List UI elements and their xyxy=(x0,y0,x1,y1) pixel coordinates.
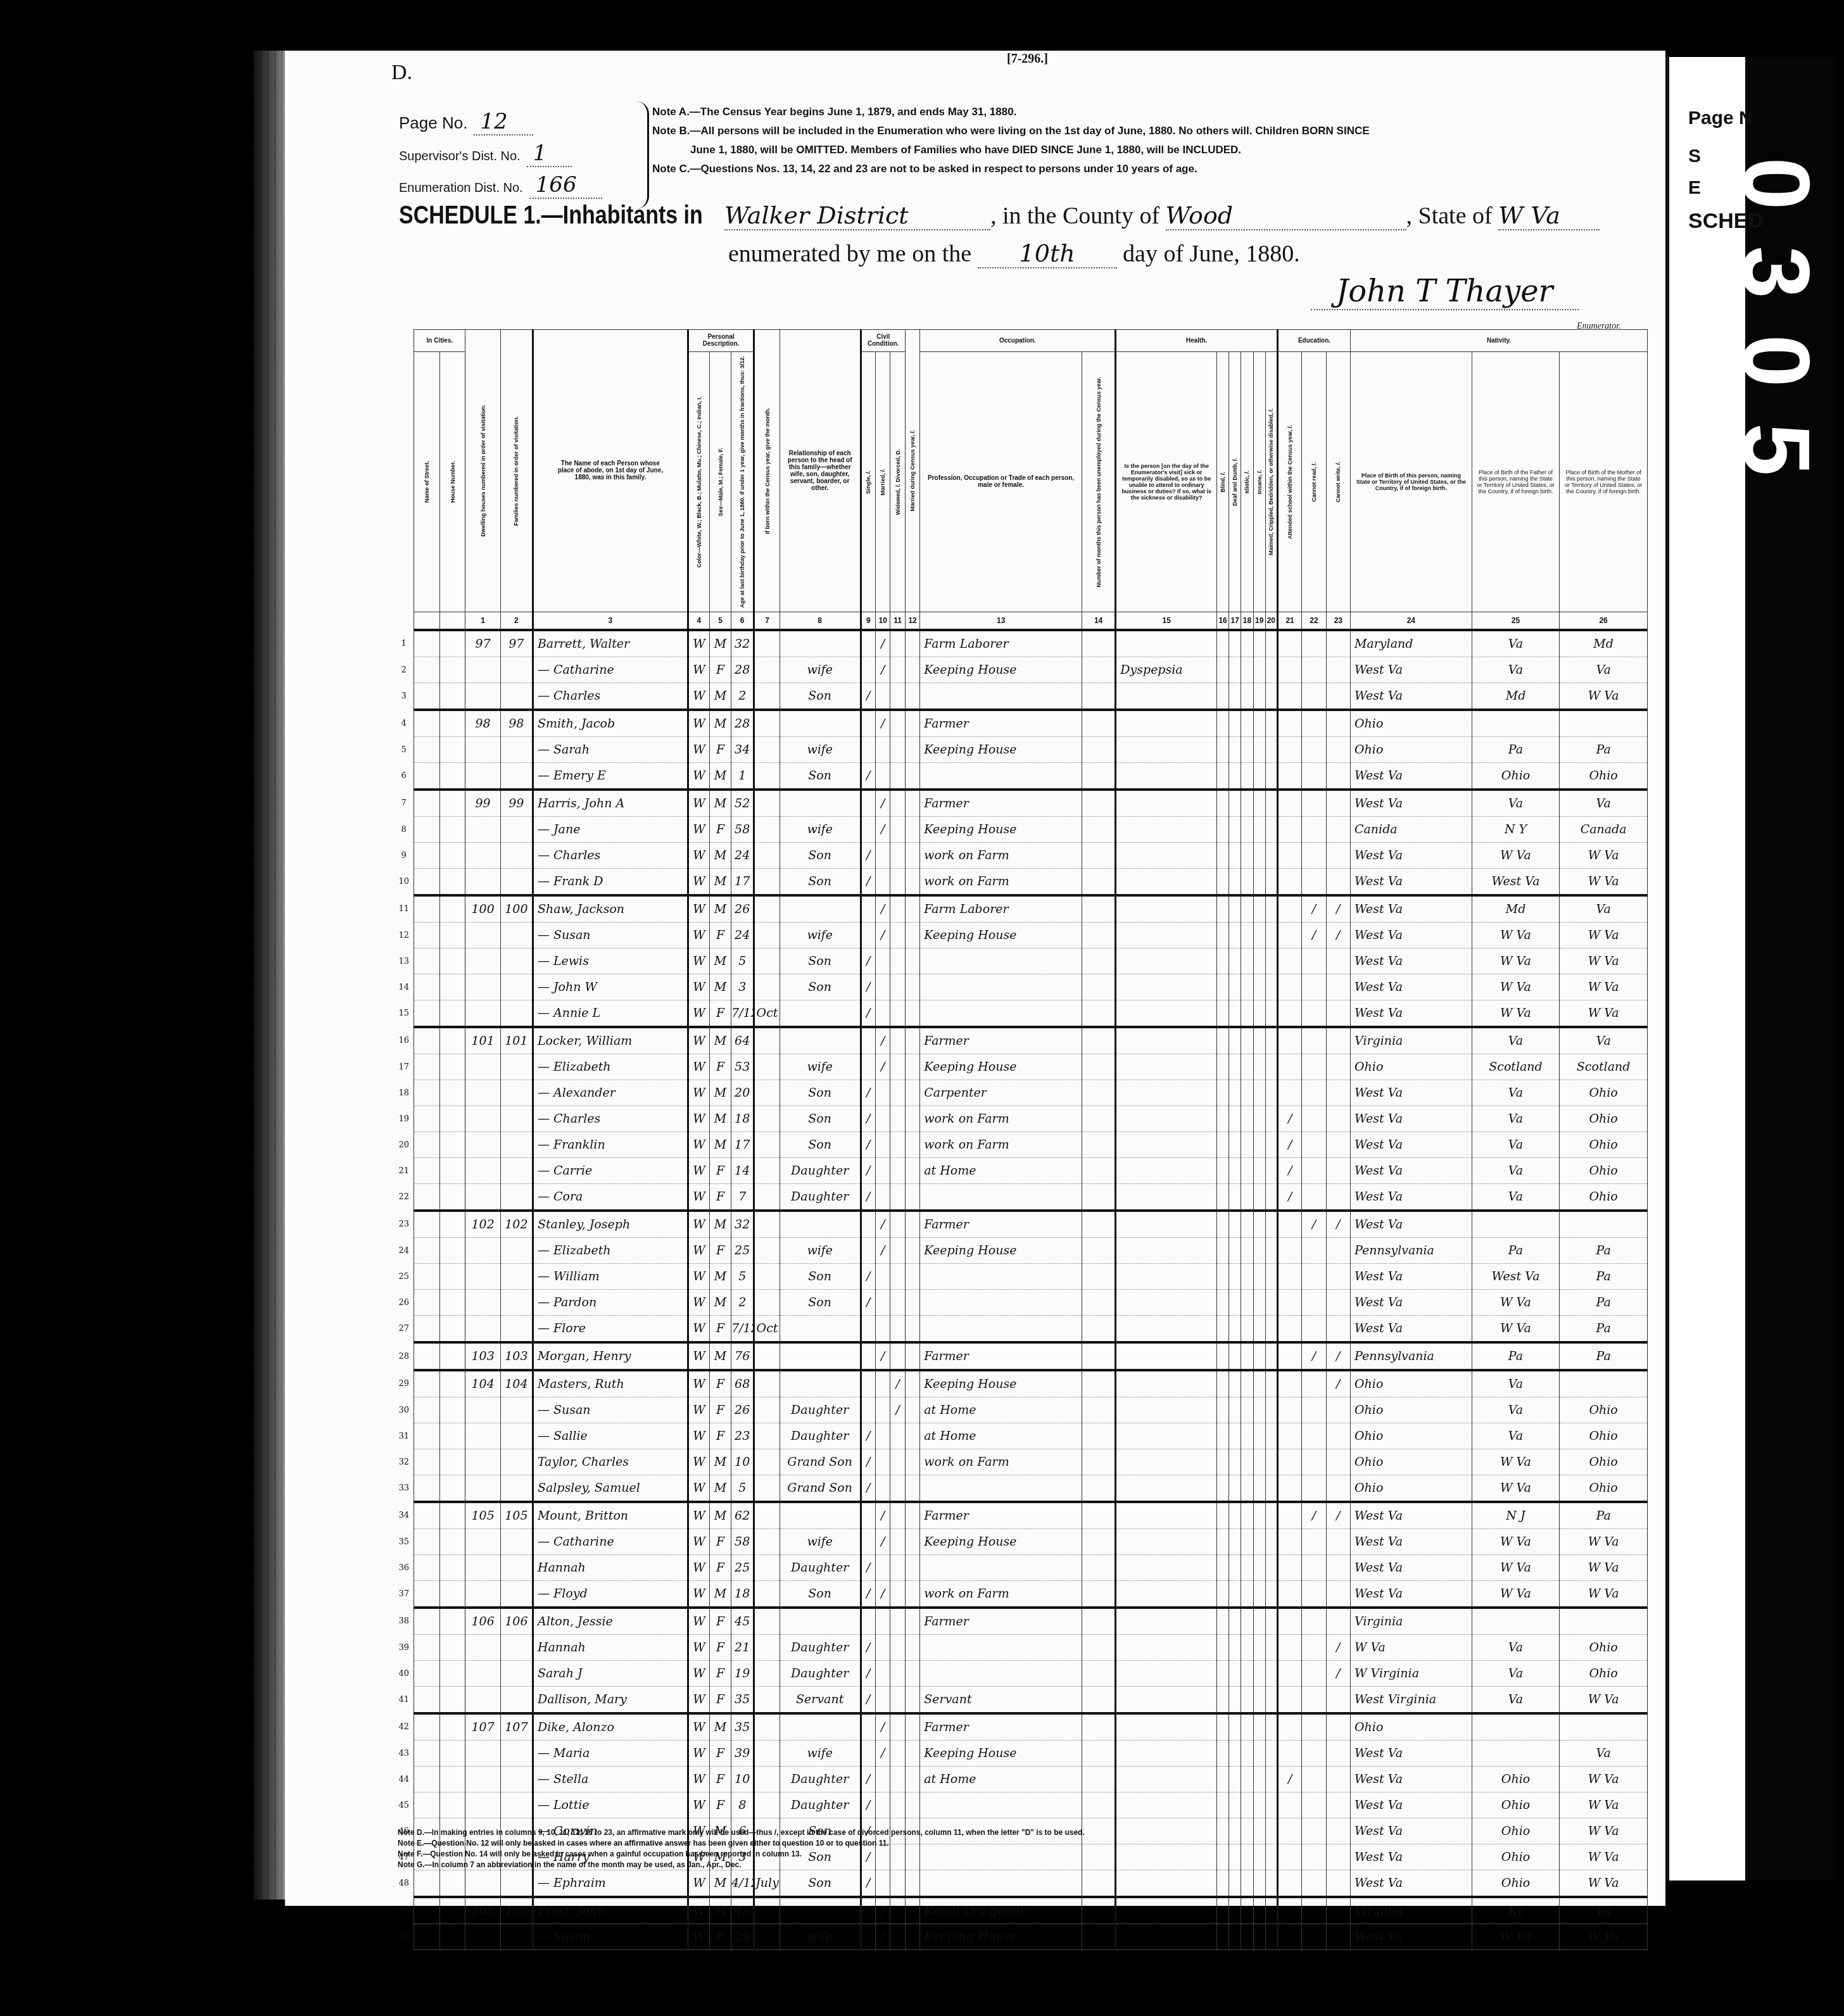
birthplace: Ohio xyxy=(1351,737,1472,763)
married-year-mark xyxy=(905,1027,919,1054)
age: 58 xyxy=(731,1529,754,1555)
single-mark xyxy=(861,817,875,843)
person-name: Dallison, Mary xyxy=(533,1687,688,1714)
cannot-write-mark xyxy=(1326,1897,1350,1924)
house-cell xyxy=(439,1635,465,1661)
cannot-write-mark xyxy=(1326,948,1350,974)
sex: M xyxy=(710,1211,731,1238)
married-year-mark xyxy=(905,1608,919,1635)
birth-month xyxy=(754,1080,780,1106)
line-number: 13 xyxy=(394,948,414,974)
sex: M xyxy=(710,974,731,1000)
empty-cell xyxy=(1241,1000,1253,1028)
cannot-write-mark xyxy=(1326,683,1350,710)
street-cell xyxy=(414,1132,439,1158)
empty-cell xyxy=(1229,1502,1241,1529)
father-birthplace: Pa xyxy=(1472,1342,1559,1370)
sex: F xyxy=(710,1397,731,1423)
dwelling-number xyxy=(465,1661,500,1687)
single-mark xyxy=(861,1370,875,1397)
sex: M xyxy=(710,1870,731,1898)
line-number: 41 xyxy=(394,1687,414,1714)
empty-cell xyxy=(1217,1000,1229,1028)
married-year-mark xyxy=(905,1132,919,1158)
street-cell xyxy=(414,843,439,869)
married-mark xyxy=(876,1132,890,1158)
married-mark: / xyxy=(876,630,890,657)
sickness xyxy=(1116,630,1217,657)
birthplace: Ohio xyxy=(1351,1475,1472,1503)
empty-cell xyxy=(1253,1661,1265,1687)
single-mark xyxy=(861,1211,875,1238)
street-cell xyxy=(414,1581,439,1608)
empty-cell xyxy=(1217,974,1229,1000)
sex: M xyxy=(710,683,731,710)
birth-month xyxy=(754,1054,780,1080)
dwelling-number: 105 xyxy=(465,1502,500,1529)
empty-cell xyxy=(1217,948,1229,974)
col-num: 7 xyxy=(754,612,780,631)
sickness xyxy=(1116,1158,1217,1184)
color: W xyxy=(688,1713,709,1741)
empty-cell xyxy=(1241,1184,1253,1211)
mother-birthplace: Va xyxy=(1560,1741,1648,1767)
empty-cell xyxy=(1241,1211,1253,1238)
empty-cell xyxy=(1253,1132,1265,1158)
widowed-mark xyxy=(890,763,905,790)
mother-birthplace: Ohio xyxy=(1560,1132,1648,1158)
father-birthplace: West Va xyxy=(1472,869,1559,896)
sex: M xyxy=(710,869,731,896)
attended-school-mark xyxy=(1277,1608,1301,1635)
empty-cell xyxy=(1253,1475,1265,1503)
age: 1 xyxy=(731,763,754,790)
empty-cell xyxy=(1217,1290,1229,1316)
birth-month xyxy=(754,1370,780,1397)
birthplace: West Va xyxy=(1351,1080,1472,1106)
birth-month xyxy=(754,1635,780,1661)
cannot-write-mark xyxy=(1326,1423,1350,1449)
color: W xyxy=(688,1000,709,1028)
empty-cell xyxy=(1217,1475,1229,1503)
house-cell xyxy=(439,843,465,869)
empty-cell xyxy=(1229,1027,1241,1054)
street-cell xyxy=(414,1238,439,1264)
empty-cell xyxy=(1265,1687,1277,1714)
cannot-read-mark xyxy=(1302,974,1326,1000)
empty-cell xyxy=(1253,1608,1265,1635)
empty-cell xyxy=(1241,790,1253,817)
single-mark xyxy=(861,1924,875,1950)
birthplace: West Va xyxy=(1351,1132,1472,1158)
months-unemployed xyxy=(1082,974,1115,1000)
age: 7/12 xyxy=(731,1316,754,1343)
married-year-mark xyxy=(905,817,919,843)
sex: M xyxy=(710,1581,731,1608)
table-row: 23 102 102 Stanley, Joseph W M 32 / Farm… xyxy=(394,1211,1648,1238)
empty-cell xyxy=(1253,1449,1265,1475)
occupation xyxy=(920,948,1082,974)
widowed-mark xyxy=(890,895,905,923)
col-num: 26 xyxy=(1560,612,1648,631)
empty-cell xyxy=(1229,1792,1241,1818)
single-mark: / xyxy=(861,1080,875,1106)
relationship xyxy=(780,710,861,737)
occupation: Keeping House xyxy=(920,1529,1082,1555)
sex: F xyxy=(710,1054,731,1080)
col-school-header: Attended school within the Census year, … xyxy=(1287,421,1293,543)
relationship xyxy=(780,1897,861,1924)
sickness xyxy=(1116,1897,1217,1924)
attended-school-mark xyxy=(1277,1290,1301,1316)
line-number: 11 xyxy=(394,895,414,923)
widowed-mark xyxy=(890,948,905,974)
widowed-mark xyxy=(890,1449,905,1475)
sickness xyxy=(1116,895,1217,923)
empty-cell xyxy=(1217,1713,1229,1741)
dwelling-number: 108 xyxy=(465,1897,500,1924)
occupation: Carpenter xyxy=(920,1080,1082,1106)
color: W xyxy=(688,1027,709,1054)
empty-cell xyxy=(1265,1423,1277,1449)
table-row: 18 — Alexander W M 20 Son / Carpenter We… xyxy=(394,1080,1648,1106)
col-num: 17 xyxy=(1229,612,1241,631)
empty-cell xyxy=(1265,710,1277,737)
table-row: 37 — Floyd W M 18 Son / / work on Farm W… xyxy=(394,1581,1648,1608)
line-number: 39 xyxy=(394,1635,414,1661)
mother-birthplace: Pa xyxy=(1560,1502,1648,1529)
cannot-write-mark xyxy=(1326,790,1350,817)
line-number: 4 xyxy=(394,710,414,737)
empty-cell xyxy=(1265,1342,1277,1370)
relationship xyxy=(780,1502,861,1529)
line-number: 37 xyxy=(394,1581,414,1608)
sickness xyxy=(1116,790,1217,817)
sickness xyxy=(1116,843,1217,869)
empty-cell xyxy=(1217,1132,1229,1158)
note-a: Note A.—The Census Year begins June 1, 1… xyxy=(652,103,1602,122)
cannot-read-mark xyxy=(1302,1924,1326,1950)
person-name: Stanley, Joseph xyxy=(533,1211,688,1238)
father-birthplace: Va xyxy=(1472,1661,1559,1687)
empty-cell xyxy=(1253,657,1265,683)
occupation xyxy=(920,1000,1082,1028)
father-birthplace: N Y xyxy=(1472,817,1559,843)
birthplace: West Virginia xyxy=(1351,1687,1472,1714)
line-number: 16 xyxy=(394,1027,414,1054)
empty-cell xyxy=(1217,1635,1229,1661)
cannot-read-mark xyxy=(1302,1290,1326,1316)
sex: F xyxy=(710,817,731,843)
married-mark xyxy=(876,1000,890,1028)
street-cell xyxy=(414,1767,439,1792)
col-num: 12 xyxy=(905,612,919,631)
occupation xyxy=(920,1264,1082,1290)
age: 26 xyxy=(731,1397,754,1423)
married-year-mark xyxy=(905,763,919,790)
birthplace: Maryland xyxy=(1351,630,1472,657)
house-cell xyxy=(439,895,465,923)
sickness xyxy=(1116,1924,1217,1950)
attended-school-mark xyxy=(1277,1342,1301,1370)
cannot-read-mark: / xyxy=(1302,1211,1326,1238)
sickness xyxy=(1116,710,1217,737)
married-year-mark xyxy=(905,1106,919,1132)
age: 7 xyxy=(731,1184,754,1211)
street-cell xyxy=(414,1370,439,1397)
dwelling-number: 99 xyxy=(465,790,500,817)
mother-birthplace: W Va xyxy=(1560,974,1648,1000)
married-year-mark xyxy=(905,1211,919,1238)
sex: M xyxy=(710,763,731,790)
months-unemployed xyxy=(1082,1264,1115,1290)
table-row: 12 — Susan W F 24 wife / Keeping House /… xyxy=(394,923,1648,948)
attended-school-mark xyxy=(1277,1713,1301,1741)
person-name: — Maria xyxy=(533,1741,688,1767)
person-name: Smith, Jacob xyxy=(533,710,688,737)
house-cell xyxy=(439,1792,465,1818)
house-cell xyxy=(439,1741,465,1767)
empty-cell xyxy=(1265,1713,1277,1741)
empty-cell xyxy=(1241,1924,1253,1950)
single-mark: / xyxy=(861,1000,875,1028)
mother-birthplace xyxy=(1560,1211,1648,1238)
table-row: 39 Hannah W F 21 Daughter / / W Va Va Oh… xyxy=(394,1635,1648,1661)
single-mark xyxy=(861,1529,875,1555)
family-number xyxy=(500,1316,533,1343)
table-row: 25 — William W M 5 Son / West Va West Va… xyxy=(394,1264,1648,1290)
cannot-write-mark xyxy=(1326,657,1350,683)
person-name: — Frank D xyxy=(533,869,688,896)
age: 10 xyxy=(731,1767,754,1792)
table-row: 16 101 101 Locker, William W M 64 / Farm… xyxy=(394,1027,1648,1054)
single-mark: / xyxy=(861,1661,875,1687)
supervisor-label: Supervisor's Dist. No. xyxy=(399,149,521,163)
cannot-write-mark xyxy=(1326,1687,1350,1714)
mother-birthplace: Ohio xyxy=(1560,1423,1648,1449)
relationship xyxy=(780,1370,861,1397)
sickness xyxy=(1116,974,1217,1000)
cannot-read-mark: / xyxy=(1302,1342,1326,1370)
birth-month xyxy=(754,1897,780,1924)
note-b-cont: June 1, 1880, will be OMITTED. Members o… xyxy=(652,141,1602,160)
brace xyxy=(635,101,649,209)
father-birthplace: Pa xyxy=(1472,1238,1559,1264)
empty-cell xyxy=(1265,1741,1277,1767)
empty-cell xyxy=(1265,1529,1277,1555)
sex: F xyxy=(710,1370,731,1397)
cannot-write-mark xyxy=(1326,974,1350,1000)
age: 8 xyxy=(731,1792,754,1818)
empty-cell xyxy=(1229,1870,1241,1898)
line-number: 22 xyxy=(394,1184,414,1211)
empty-cell xyxy=(1241,763,1253,790)
attended-school-mark xyxy=(1277,790,1301,817)
dwelling-number xyxy=(465,737,500,763)
cannot-read-mark xyxy=(1302,843,1326,869)
months-unemployed xyxy=(1082,1290,1115,1316)
occupation xyxy=(920,1661,1082,1687)
relationship xyxy=(780,1713,861,1741)
street-cell xyxy=(414,1290,439,1316)
person-name: — Charles xyxy=(533,1106,688,1132)
mother-birthplace xyxy=(1560,1608,1648,1635)
empty-cell xyxy=(1265,843,1277,869)
col-num: 23 xyxy=(1326,612,1350,631)
birth-month xyxy=(754,1106,780,1132)
occupation xyxy=(920,763,1082,790)
empty-cell xyxy=(1241,1661,1253,1687)
empty-cell xyxy=(1265,1475,1277,1503)
father-birthplace: Scotland xyxy=(1472,1054,1559,1080)
cannot-read-mark xyxy=(1302,1555,1326,1581)
street-cell xyxy=(414,974,439,1000)
mother-birthplace: W Va xyxy=(1560,1687,1648,1714)
cannot-read-mark xyxy=(1302,1870,1326,1898)
person-name: — Flore xyxy=(533,1316,688,1343)
empty-cell xyxy=(1241,1370,1253,1397)
dwelling-number xyxy=(465,869,500,896)
widowed-mark xyxy=(890,710,905,737)
single-mark: / xyxy=(861,1475,875,1503)
empty-cell xyxy=(1241,1870,1253,1898)
birthplace: Ohio xyxy=(1351,1370,1472,1397)
empty-cell xyxy=(1217,1316,1229,1343)
street-cell xyxy=(414,817,439,843)
family-number xyxy=(500,737,533,763)
empty-cell xyxy=(1253,1741,1265,1767)
empty-cell xyxy=(1265,923,1277,948)
person-name: — Susan xyxy=(533,1924,688,1950)
col-sickness-header: Is the person [on the day of the Enumera… xyxy=(1116,352,1217,612)
attended-school-mark xyxy=(1277,1316,1301,1343)
note-f: Note F.—Question No. 14 will only be ask… xyxy=(398,1848,1551,1859)
person-name: — Charles xyxy=(533,843,688,869)
mother-birthplace: W Va xyxy=(1560,683,1648,710)
widowed-mark xyxy=(890,1080,905,1106)
age: 68 xyxy=(731,1370,754,1397)
table-row: 8 — Jane W F 58 wife / Keeping House Can… xyxy=(394,817,1648,843)
birthplace: Pennsylvania xyxy=(1351,1238,1472,1264)
cannot-write-mark: / xyxy=(1326,1342,1350,1370)
age: 17 xyxy=(731,869,754,896)
married-year-mark xyxy=(905,1080,919,1106)
line-number: 34 xyxy=(394,1502,414,1529)
attended-school-mark xyxy=(1277,1264,1301,1290)
father-birthplace: W Va xyxy=(1472,1449,1559,1475)
family-number xyxy=(500,1397,533,1423)
occupation: Keeping House xyxy=(920,737,1082,763)
street-cell xyxy=(414,869,439,896)
line-number: 50 xyxy=(394,1924,414,1950)
sickness xyxy=(1116,1264,1217,1290)
occupation xyxy=(920,1316,1082,1343)
married-mark: / xyxy=(876,1342,890,1370)
house-cell xyxy=(439,1423,465,1449)
relationship: Son xyxy=(780,869,861,896)
attended-school-mark xyxy=(1277,1924,1301,1950)
mother-birthplace: Va xyxy=(1560,1027,1648,1054)
cannot-write-mark xyxy=(1326,710,1350,737)
empty-cell xyxy=(1265,1792,1277,1818)
col-cannot-write-header: Cannot write, /. xyxy=(1335,458,1341,507)
line-number: 1 xyxy=(394,630,414,657)
empty-cell xyxy=(1241,895,1253,923)
table-row: 22 — Cora W F 7 Daughter / / West Va Va … xyxy=(394,1184,1648,1211)
months-unemployed xyxy=(1082,1741,1115,1767)
dwelling-number xyxy=(465,1080,500,1106)
person-name: — Catharine xyxy=(533,657,688,683)
person-name: — Catharine xyxy=(533,1529,688,1555)
relationship xyxy=(780,630,861,657)
empty-cell xyxy=(1253,1184,1265,1211)
sex: M xyxy=(710,948,731,974)
color: W xyxy=(688,1475,709,1503)
sickness xyxy=(1116,1608,1217,1635)
line-number: 8 xyxy=(394,817,414,843)
empty-cell xyxy=(1229,1581,1241,1608)
family-number: 99 xyxy=(500,790,533,817)
census-table: In Cities. Dwelling houses numbered in o… xyxy=(394,329,1648,1950)
cannot-write-mark xyxy=(1326,1449,1350,1475)
empty-cell xyxy=(1265,1635,1277,1661)
months-unemployed xyxy=(1082,1897,1115,1924)
birthplace: West Va xyxy=(1351,1158,1472,1184)
empty-cell xyxy=(1265,817,1277,843)
dwelling-number xyxy=(465,683,500,710)
empty-cell xyxy=(1253,630,1265,657)
sickness xyxy=(1116,1555,1217,1581)
birthplace: West Va xyxy=(1351,1741,1472,1767)
father-birthplace xyxy=(1472,710,1559,737)
father-birthplace: Va xyxy=(1472,1370,1559,1397)
relationship: Daughter xyxy=(780,1184,861,1211)
widowed-mark xyxy=(890,683,905,710)
empty-cell xyxy=(1229,790,1241,817)
form-number: [7-296.] xyxy=(1007,52,1048,66)
birth-month xyxy=(754,1741,780,1767)
street-cell xyxy=(414,737,439,763)
birth-month xyxy=(754,1555,780,1581)
married-year-mark xyxy=(905,1792,919,1818)
empty-cell xyxy=(1253,843,1265,869)
street-cell xyxy=(414,1555,439,1581)
birthplace: West Va xyxy=(1351,1502,1472,1529)
widowed-mark xyxy=(890,1608,905,1635)
father-birthplace xyxy=(1472,1741,1559,1767)
mother-birthplace: W Va xyxy=(1560,843,1648,869)
family-number xyxy=(500,1529,533,1555)
widowed-mark xyxy=(890,1027,905,1054)
street-cell xyxy=(414,1027,439,1054)
married-year-mark xyxy=(905,1897,919,1924)
attended-school-mark xyxy=(1277,737,1301,763)
empty-cell xyxy=(1241,923,1253,948)
sex: F xyxy=(710,1316,731,1343)
street-cell xyxy=(414,657,439,683)
col-father-birthplace-header: Place of Birth of the Father of this per… xyxy=(1472,352,1559,612)
table-row: 20 — Franklin W M 17 Son / work on Farm … xyxy=(394,1132,1648,1158)
col-maimed-header: Maimed, Crippled, Bedridden, or otherwis… xyxy=(1268,405,1274,559)
birthplace: W Va xyxy=(1351,1635,1472,1661)
attended-school-mark xyxy=(1277,683,1301,710)
family-number xyxy=(500,1741,533,1767)
empty-cell xyxy=(1241,1741,1253,1767)
empty-cell xyxy=(1265,1027,1277,1054)
empty-cell xyxy=(1217,869,1229,896)
dwelling-number xyxy=(465,843,500,869)
relationship: Son xyxy=(780,843,861,869)
